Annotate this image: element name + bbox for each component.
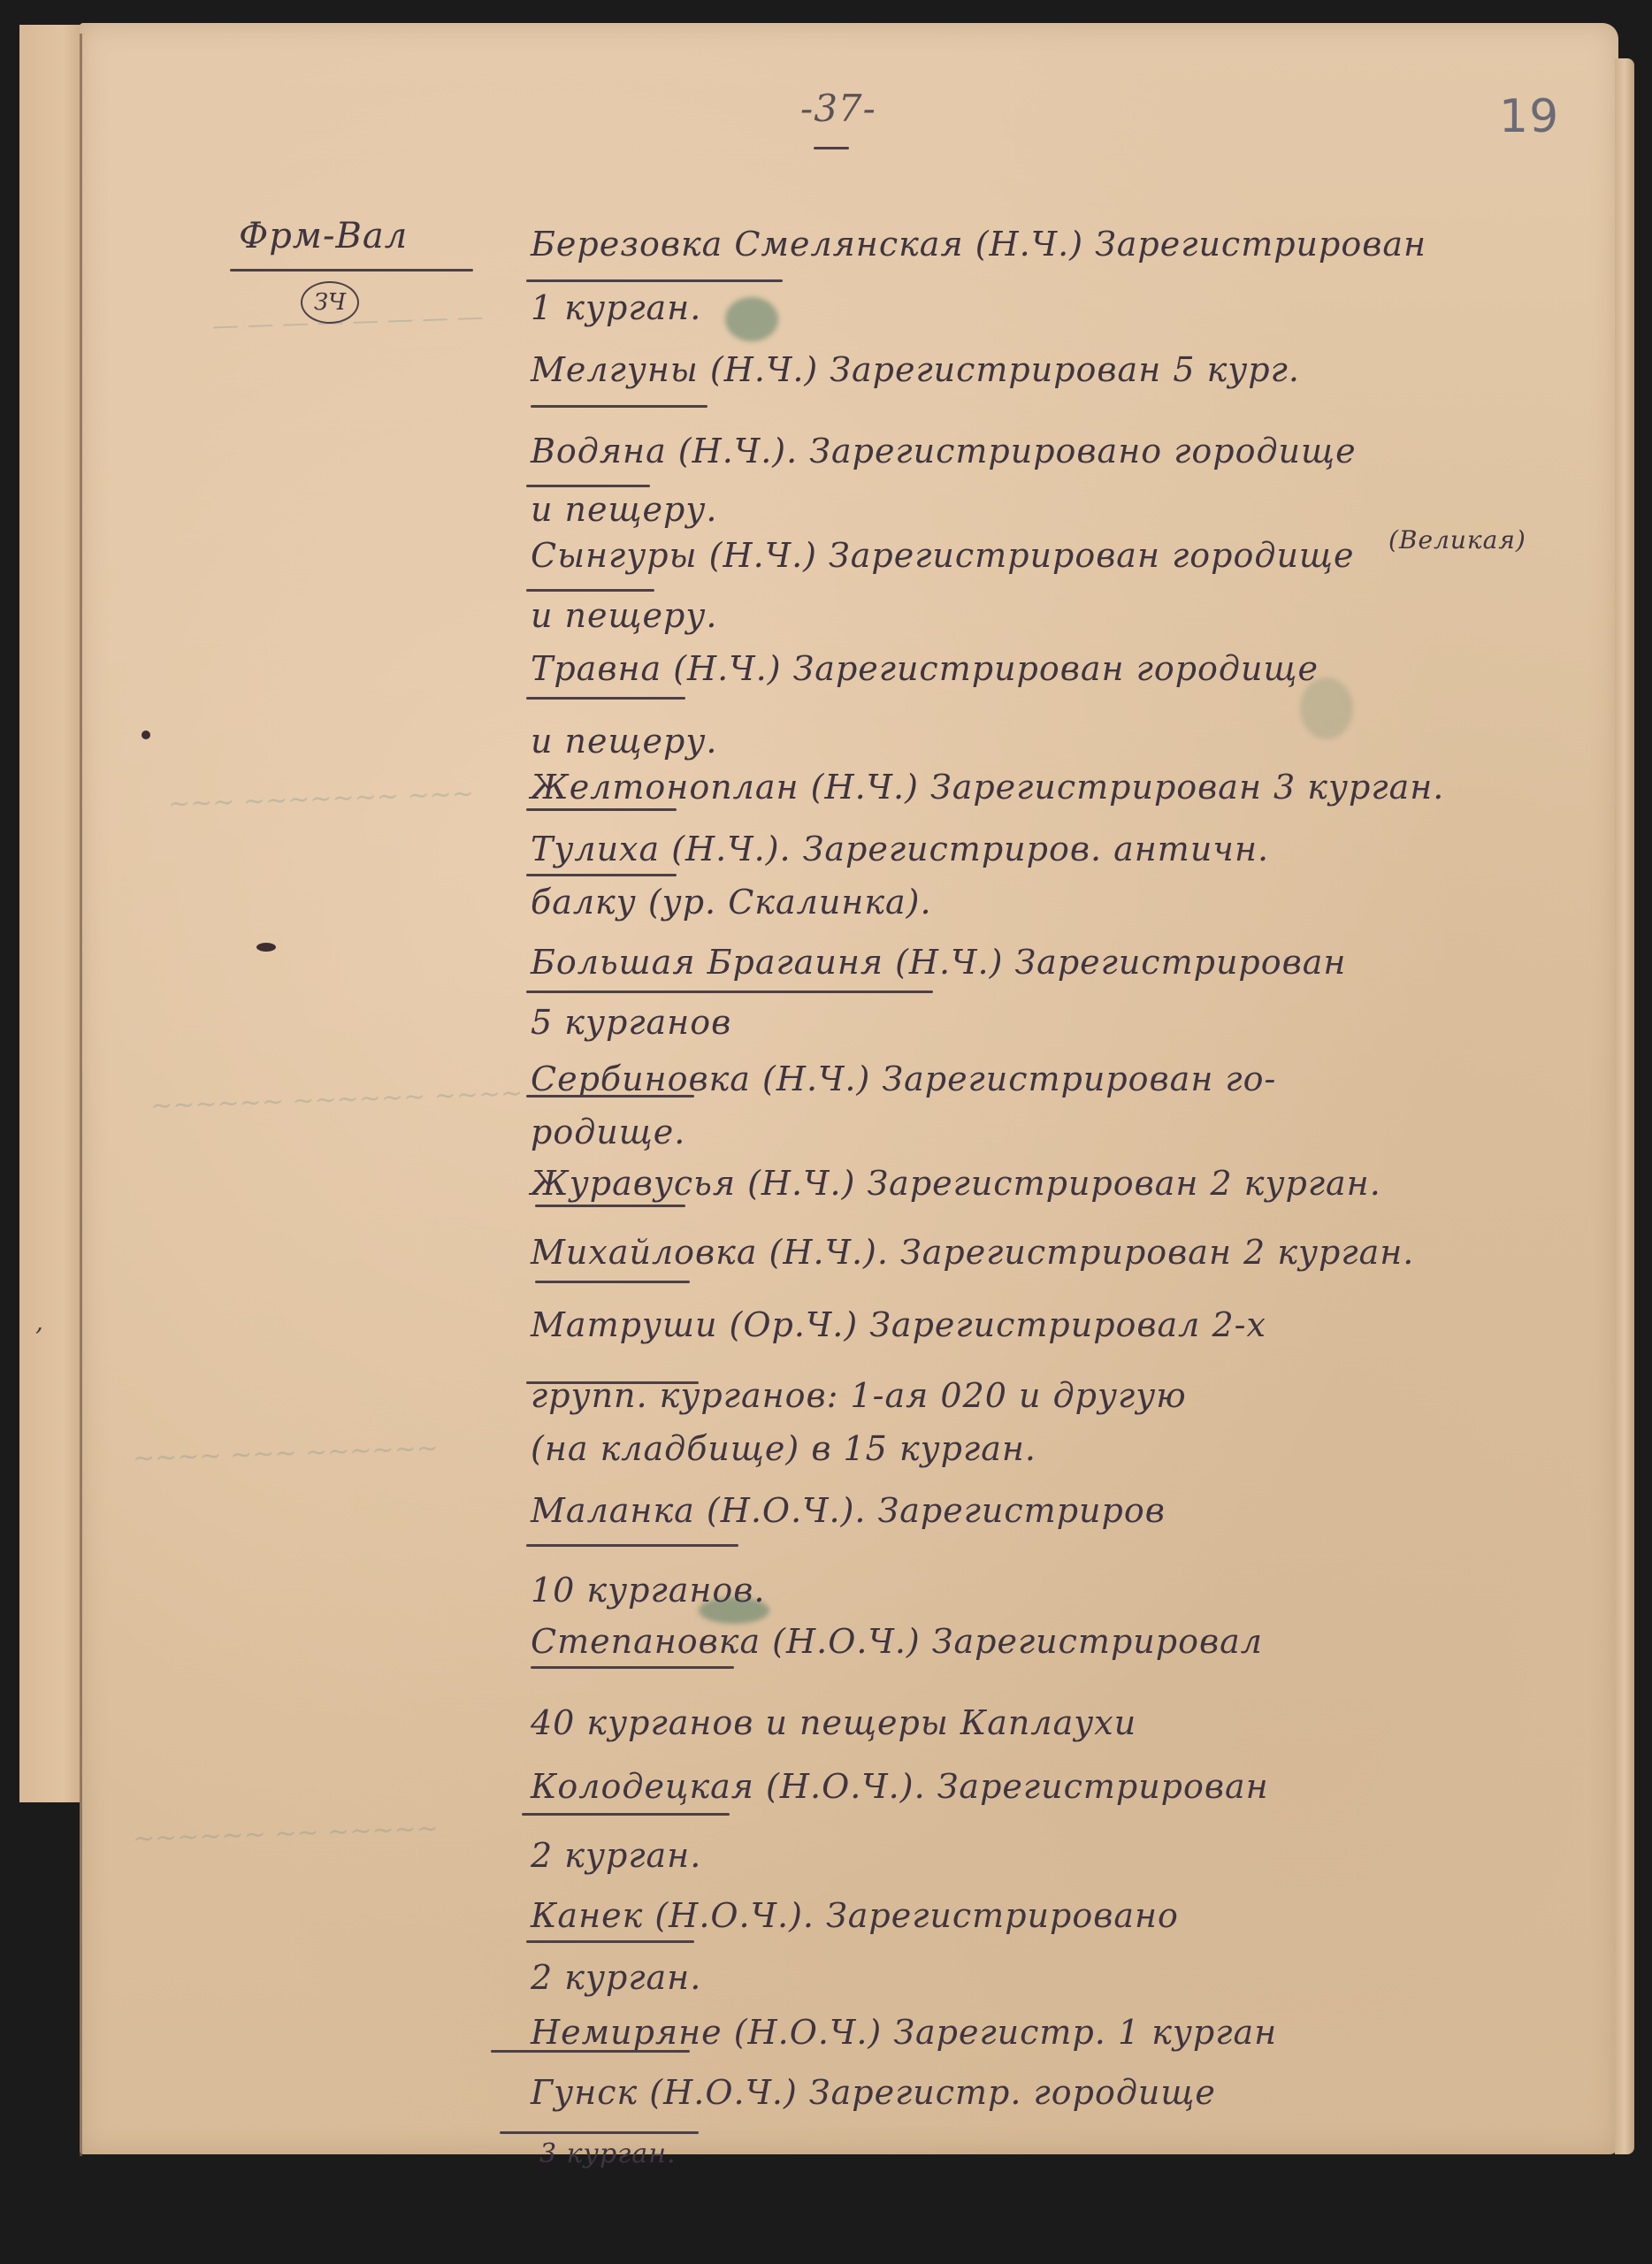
bleed-through-text: ~~~ ~~~~~~~ ~~~: [167, 778, 474, 820]
entry-underline: [526, 485, 650, 487]
gutter-line: [80, 34, 82, 2156]
entry-line: 5 курганов: [531, 1003, 731, 1042]
ink-dot: [141, 730, 150, 739]
circled-mark: ЗЧ: [301, 281, 359, 324]
entry-underline: [526, 1544, 738, 1547]
bleed-through-text: ~~~~~~ ~~ ~~~~~: [132, 1813, 439, 1855]
entry-line: и пещеру.: [531, 490, 718, 529]
ink-blot: [725, 297, 778, 341]
entry-line: Березовка Смелянская (Н.Ч.) Зарегистриро…: [531, 225, 1426, 264]
entry-line: и пещеру.: [531, 596, 718, 635]
entry-line: и пещеру.: [531, 722, 718, 761]
entry-line: Травна (Н.Ч.) Зарегистрирован городище: [531, 649, 1319, 688]
entry-underline: [535, 1205, 685, 1207]
entry-underline: [491, 2050, 690, 2053]
page-number: -37-: [800, 87, 876, 130]
entry-underline: [531, 1666, 734, 1669]
bleed-through-text: ~~~~~~ ~~~~~~ ~~~~: [150, 1078, 524, 1122]
entry-underline: [526, 808, 677, 811]
entry-line: Маланка (Н.О.Ч.). Зарегистриров: [531, 1491, 1166, 1530]
entry-line: балку (ур. Скалинка).: [531, 883, 932, 922]
entry-line: Большая Брагаиня (Н.Ч.) Зарегистрирован: [531, 943, 1346, 982]
entry-underline: [531, 405, 707, 408]
entry-line: 2 курган.: [531, 1958, 701, 1997]
entry-line: 1 курган.: [531, 288, 701, 327]
entry-line: Желтоноплан (Н.Ч.) Зарегистрирован 3 кур…: [531, 768, 1444, 807]
entry-underline: [535, 1281, 690, 1283]
entry-line: 10 курганов.: [531, 1571, 765, 1610]
entry-underline: [522, 1813, 730, 1816]
entry-line: Водяна (Н.Ч.). Зарегистрировано городище: [531, 432, 1357, 470]
folio-number: 19: [1499, 90, 1559, 143]
page-number-underline: [814, 147, 849, 149]
heading-underline: [230, 269, 473, 272]
entry-line: Канек (Н.О.Ч.). Зарегистрировано: [531, 1896, 1179, 1935]
ink-dot: [256, 943, 276, 952]
entry-line: 3 курган.: [539, 2138, 677, 2169]
entry-line: Михайловка (Н.Ч.). Зарегистрирован 2 кур…: [531, 1233, 1414, 1272]
entry-underline: [526, 990, 933, 993]
entry-line: групп. курганов: 1-ая 020 и другую: [531, 1376, 1187, 1415]
entry-line: Колодецкая (Н.О.Ч.). Зарегистрирован: [531, 1767, 1269, 1806]
entry-underline: [500, 2131, 699, 2134]
entry-line: Матруши (Ор.Ч.) Зарегистрировал 2-х: [531, 1305, 1266, 1344]
entry-line: Гунск (Н.О.Ч.) Зарегистр. городище: [531, 2073, 1216, 2112]
entry-line: 2 курган.: [531, 1836, 701, 1875]
entry-underline: [526, 279, 783, 282]
margin-note: (Великая): [1388, 525, 1526, 555]
entry-line: Сербиновка (Н.Ч.) Зарегистрирован го-: [531, 1059, 1276, 1098]
entry-underline: [526, 1095, 694, 1098]
entry-line: 40 курганов и пещеры Каплаухи: [531, 1703, 1136, 1742]
page-stack-edge: [1615, 58, 1634, 2154]
left-page-edge: ,: [19, 25, 83, 1802]
entry-underline: [526, 589, 654, 592]
entry-line: родище.: [531, 1113, 685, 1151]
manuscript-page: — — — — — — — — ~~~ ~~~~~~~ ~~~ ~~~~~~ ~…: [80, 23, 1618, 2154]
entry-line: Сынгуры (Н.Ч.) Зарегистрирован городище: [531, 536, 1354, 575]
entry-line: Тулиха (Н.Ч.). Зарегистриров. античн.: [531, 830, 1269, 868]
entry-line: Немиряне (Н.О.Ч.) Зарегистр. 1 курган: [531, 2013, 1277, 2052]
entry-underline: [526, 1940, 694, 1943]
section-heading: Фрм-Вал: [239, 216, 408, 256]
entry-line: Журавусья (Н.Ч.) Зарегистрирован 2 курга…: [531, 1164, 1381, 1203]
entry-line: (на кладбище) в 15 курган.: [531, 1429, 1036, 1468]
entry-line: Мелгуны (Н.Ч.) Зарегистрирован 5 кург.: [531, 350, 1300, 389]
entry-line: Степановка (Н.О.Ч.) Зарегистрировал: [531, 1622, 1263, 1661]
margin-fragment: ,: [35, 1307, 43, 1336]
entry-underline: [526, 697, 685, 700]
entry-underline: [526, 874, 677, 876]
bleed-through-text: ~~~~ ~~~ ~~~~~~: [132, 1433, 439, 1474]
